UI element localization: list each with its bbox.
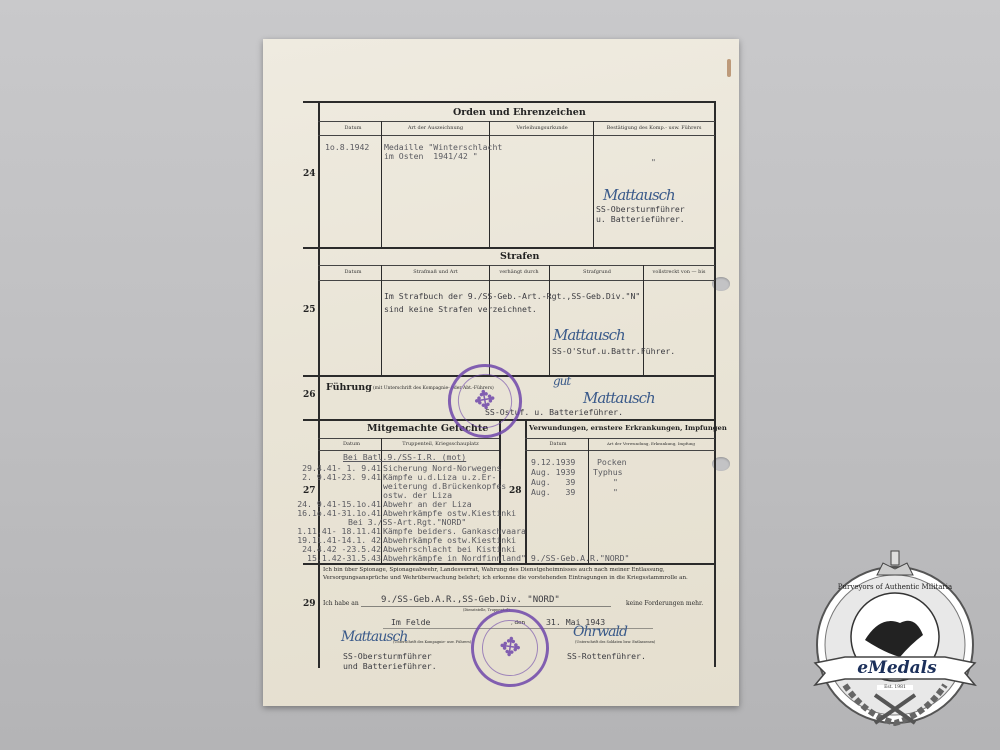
medical-date: Aug. 39: [531, 477, 575, 487]
battles-header-line: Bei Batl.9./SS-I.R. (mot): [343, 452, 466, 462]
signature-right: Ohrwald: [573, 624, 627, 640]
right-caption: (Unterschrift des Soldaten bzw. Entlasse…: [575, 640, 655, 644]
eagle-emblem-icon: ✥: [472, 386, 498, 415]
medical-text: Pocken: [597, 457, 627, 467]
col-datum-28: Datum: [528, 441, 588, 447]
col-bestaetigung: Bestätigung des Komp.- usw. Führers: [595, 125, 713, 131]
row-number-26: 26: [303, 390, 316, 400]
row-number-24: 24: [303, 169, 316, 179]
row-number-27: 27: [303, 486, 316, 496]
col-art-verwundung: Art der Verwundung, Erkrankung, Impfung: [589, 441, 713, 446]
col-art-der-auszeichnung: Art der Auszeichnung: [383, 125, 488, 131]
rust-stain: [727, 59, 731, 77]
medical-text: ": [613, 487, 618, 497]
section-24-title: Orden und Ehrenzeichen: [453, 107, 586, 118]
signer-title-24-line1: SS-Obersturmführer: [596, 204, 685, 214]
penalty-text-line1: Im Strafbuch der 9./SS-Geb.-Art.-Rgt.,SS…: [384, 291, 640, 301]
brand-established: Est. 1981: [877, 685, 913, 690]
award-name-line2: im Osten 1941/42 ": [384, 151, 478, 161]
left-caption: (Unterschrift des Kompagnie- usw. Führer…: [393, 640, 471, 644]
signature-mattausch-26: Mattausch: [583, 389, 655, 407]
row-number-25: 25: [303, 305, 316, 315]
eagle-emblem-icon: ✥: [497, 634, 522, 663]
col-verhaengt-durch: verhängt durch: [489, 269, 549, 275]
section-26-title: Führung: [326, 382, 372, 393]
col-datum-25: Datum: [325, 269, 381, 275]
col-datum: Datum: [325, 125, 381, 131]
medical-date: 9.12.1939: [531, 457, 575, 467]
medical-text: Typhus: [593, 467, 623, 477]
col-verleihungsurkunde: Verleihungsurkunde: [491, 125, 593, 131]
brand-motto: Purveyors of Authentic Militaria: [835, 583, 955, 591]
declaration-line2: Versorgungsansprüche und Wehrüberwachung…: [323, 575, 688, 581]
medical-text: ": [613, 477, 618, 487]
battle-text: Abwehrkämpfe in Nordfinnland" 9./SS-Geb.…: [383, 553, 629, 563]
place-value: Im Felde: [391, 617, 430, 627]
signature-mattausch-25: Mattausch: [553, 326, 625, 344]
col-datum-27: Datum: [323, 441, 380, 447]
section-25-title: Strafen: [500, 251, 539, 262]
emedals-watermark-logo: eMedals Purveyors of Authentic Militaria…: [805, 545, 985, 730]
conduct-value: gut: [553, 374, 570, 388]
unit-value: 9./SS-Geb.A.R.,SS-Geb.Div. "NORD": [381, 595, 560, 605]
col-strafgrund: Strafgrund: [551, 269, 643, 275]
penalty-text-line2: sind keine Strafen verzeichnet.: [384, 304, 537, 314]
col-truppenteil: Truppenteil, Kriegsschauplatz: [383, 441, 498, 447]
ich-habe-an-label: Ich habe an: [323, 600, 359, 607]
battle-date: 15.1.42-31.5.43: [267, 553, 381, 563]
confirm-mark: ": [651, 157, 656, 167]
eagle-stamp-lower: ✥: [466, 604, 554, 692]
signer-title-24-line2: u. Batterieführer.: [596, 214, 685, 224]
medical-date: Aug. 39: [531, 487, 575, 497]
right-signer: SS-Rottenführer.: [567, 651, 646, 661]
signer-title-25: SS-O'Stuf.u.Battr.Führer.: [552, 346, 675, 356]
award-date: 1o.8.1942: [325, 142, 369, 152]
row-number-29: 29: [303, 599, 316, 609]
service-record-page: Orden und Ehrenzeichen Datum Art der Aus…: [263, 39, 739, 706]
left-signer-line1: SS-Obersturmführer: [343, 651, 432, 661]
section-28-title: Verwundungen, ernstere Erkrankungen, Imp…: [529, 424, 727, 432]
battle-date: 2. 9.41-23. 9.41: [267, 472, 381, 482]
medal-badge-icon: [805, 545, 985, 730]
col-vollstreckt: vollstreckt von — bis: [645, 269, 713, 275]
row-number-28: 28: [509, 486, 522, 496]
medical-date: Aug. 1939: [531, 467, 575, 477]
brand-name: eMedals: [847, 658, 947, 678]
declaration-line1: Ich bin über Spionage, Spionageabwehr, L…: [323, 567, 665, 573]
col-strafmass: Strafmaß und Art: [383, 269, 488, 275]
left-signer-line2: und Batterieführer.: [343, 661, 437, 671]
no-claims-label: keine Forderungen mehr.: [626, 600, 703, 607]
signature-mattausch-24: Mattausch: [603, 186, 675, 204]
